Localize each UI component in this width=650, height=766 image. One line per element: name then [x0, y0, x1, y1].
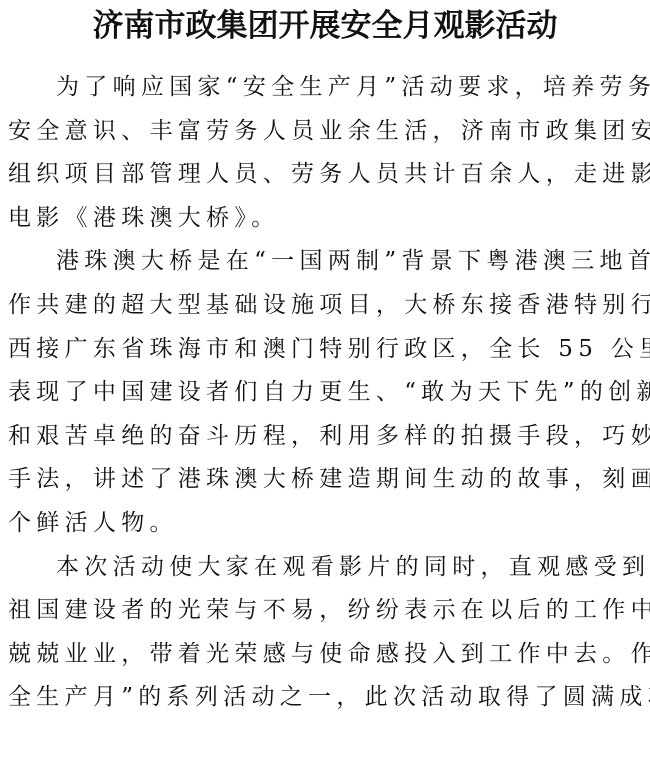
text-line: 表现了中国建设者们自力更生、“敢为天下先”的创新精神 — [8, 371, 640, 415]
paragraph-3: 本次活动使大家在观看影片的同时，直观感受到了作为 祖国建设者的光荣与不易，纷纷表… — [8, 546, 640, 720]
text-line: 兢兢业业，带着光荣感与使命感投入到工作中去。作为“安 — [8, 633, 640, 677]
text-line: 作共建的超大型基础设施项目，大桥东接香港特别行政区， — [8, 284, 640, 328]
text-line: 组织项目部管理人员、劳务人员共计百余人，走进影院观看 — [8, 153, 640, 197]
article-title: 济南市政集团开展安全月观影活动 — [0, 4, 650, 48]
paragraph-2: 港珠澳大桥是在“一国两制”背景下粤港澳三地首次合 作共建的超大型基础设施项目，大… — [8, 240, 640, 545]
text-line: 为了响应国家“安全生产月”活动要求，培养劳务人员 — [8, 66, 640, 110]
text-line: 和艰苦卓绝的奋斗历程，利用多样的拍摄手段，巧妙的剪辑 — [8, 415, 640, 459]
text-line: 安全意识、丰富劳务人员业余生活，济南市政集团安办近日 — [8, 110, 640, 154]
article-body: 为了响应国家“安全生产月”活动要求，培养劳务人员 安全意识、丰富劳务人员业余生活… — [8, 66, 640, 720]
text-line: 港珠澳大桥是在“一国两制”背景下粤港澳三地首次合 — [8, 240, 640, 284]
text-line: 电影《港珠澳大桥》。 — [8, 197, 640, 241]
paragraph-1: 为了响应国家“安全生产月”活动要求，培养劳务人员 安全意识、丰富劳务人员业余生活… — [8, 66, 640, 240]
text-line: 西接广东省珠海市和澳门特别行政区，全长 55 公里。本片 — [8, 328, 640, 372]
text-line: 祖国建设者的光荣与不易，纷纷表示在以后的工作中要更加 — [8, 589, 640, 633]
text-line: 手法，讲述了港珠澳大桥建造期间生动的故事，刻画了一个 — [8, 458, 640, 502]
text-line: 全生产月”的系列活动之一，此次活动取得了圆满成功。 — [8, 676, 640, 720]
text-line: 个鲜活人物。 — [8, 502, 640, 546]
text-line: 本次活动使大家在观看影片的同时，直观感受到了作为 — [8, 546, 640, 590]
